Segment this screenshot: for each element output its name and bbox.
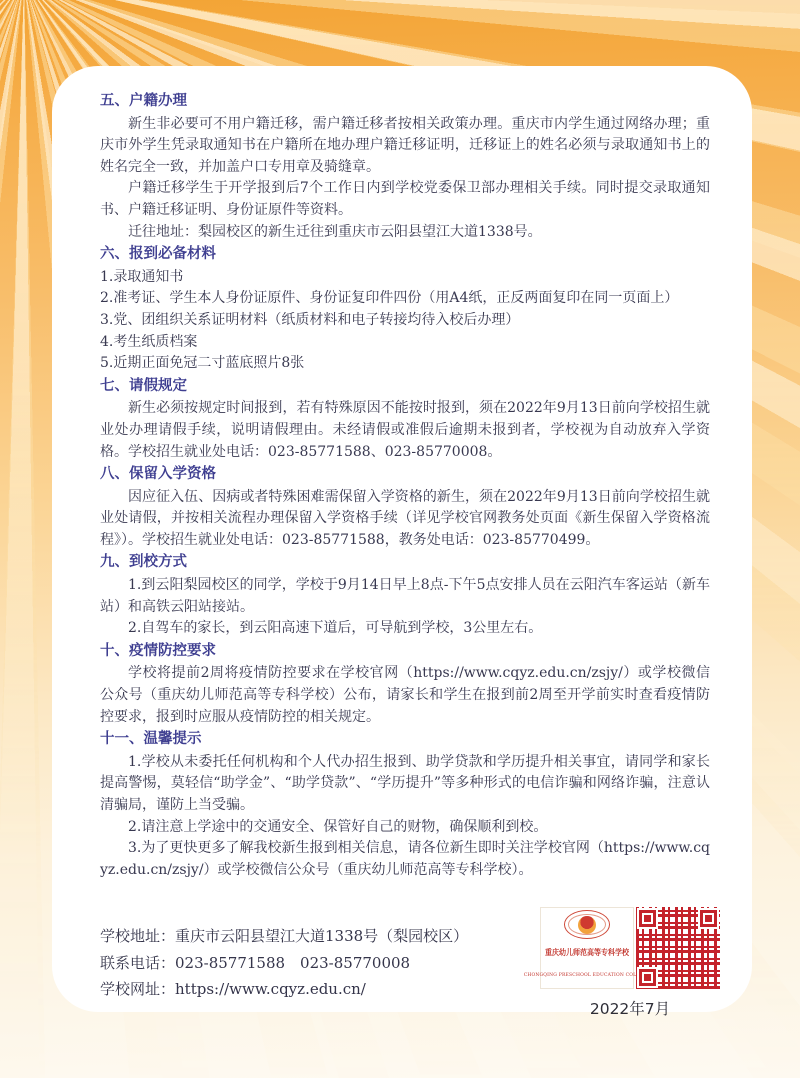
qr-code-icon	[636, 907, 720, 989]
list-item: 3.党、团组织关系证明材料（纸质材料和电子转接均待入校后办理）	[100, 310, 710, 332]
section-heading: 六、报到必备材料	[100, 244, 710, 266]
section-arrival-methods: 九、到校方式 1.到云阳梨园校区的同学，学校于9月14日早上8点-下午5点安排人…	[100, 552, 710, 639]
paragraph: 1.到云阳梨园校区的同学，学校于9月14日早上8点-下午5点安排人员在云阳汽车客…	[100, 575, 710, 618]
footer: 学校地址：重庆市云阳县望江大道1338号（梨园校区） 联系电话：023-8577…	[100, 907, 710, 1021]
notice-body: 五、户籍办理 新生非必要可不用户籍迁移，需户籍迁移者按相关政策办理。重庆市内学生…	[52, 66, 752, 1012]
seal-emblem-icon	[578, 916, 596, 934]
stamps-block: 重庆幼儿师范高等专科学校 CHONGQING PRESCHOOL EDUCATI…	[540, 907, 720, 1021]
contact-address: 学校地址：重庆市云阳县望江大道1338号（梨园校区）	[100, 923, 468, 950]
contact-phone: 联系电话：023-85771588 023-85770008	[100, 950, 468, 977]
section-heading: 八、保留入学资格	[100, 464, 710, 486]
section-warm-tips: 十一、温馨提示 1.学校从未委托任何机构和个人代办招生报到、助学贷款和学历提升相…	[100, 729, 710, 881]
paragraph: 2.请注意上学途中的交通安全、保管好自己的财物，确保顺利到校。	[100, 817, 710, 839]
list-item: 2.准考证、学生本人身份证原件、身份证复印件四份（用A4纸，正反两面复印在同一页…	[100, 288, 710, 310]
section-heading: 九、到校方式	[100, 552, 710, 574]
seal-school-name: 重庆幼儿师范高等专科学校	[545, 941, 629, 965]
stamp-row: 重庆幼儿师范高等专科学校 CHONGQING PRESCHOOL EDUCATI…	[540, 907, 720, 989]
paragraph: 学校将提前2周将疫情防控要求在学校官网（https://www.cqyz.edu…	[100, 663, 710, 728]
section-required-materials: 六、报到必备材料 1.录取通知书 2.准考证、学生本人身份证原件、身份证复印件四…	[100, 244, 710, 375]
paragraph: 2.自驾车的家长，到云阳高速下道后，可导航到学校，3公里左右。	[100, 618, 710, 640]
qr-finder-icon	[700, 910, 717, 927]
paragraph: 3.为了更快更多了解我校新生报到相关信息，请各位新生即时关注学校官网（https…	[100, 838, 710, 881]
seal-school-name-english: CHONGQING PRESCHOOL EDUCATION COLLEGE	[524, 965, 651, 987]
section-epidemic-prevention: 十、疫情防控要求 学校将提前2周将疫情防控要求在学校官网（https://www…	[100, 641, 710, 728]
section-household-registration: 五、户籍办理 新生非必要可不用户籍迁移，需户籍迁移者按相关政策办理。重庆市内学生…	[100, 91, 710, 243]
section-retain-qualification: 八、保留入学资格 因应征入伍、因病或者特殊困难需保留入学资格的新生，须在2022…	[100, 464, 710, 551]
qr-finder-icon	[639, 910, 656, 927]
section-heading: 五、户籍办理	[100, 91, 710, 113]
content-card: 五、户籍办理 新生非必要可不用户籍迁移，需户籍迁移者按相关政策办理。重庆市内学生…	[52, 66, 752, 1012]
school-seal-icon	[564, 910, 610, 939]
school-seal-box: 重庆幼儿师范高等专科学校 CHONGQING PRESCHOOL EDUCATI…	[540, 907, 634, 989]
section-heading: 十一、温馨提示	[100, 729, 710, 751]
paragraph: 新生非必要可不用户籍迁移，需户籍迁移者按相关政策办理。重庆市内学生通过网络办理；…	[100, 114, 710, 179]
section-heading: 七、请假规定	[100, 376, 710, 398]
contact-block: 学校地址：重庆市云阳县望江大道1338号（梨园校区） 联系电话：023-8577…	[100, 907, 468, 1003]
paragraph: 因应征入伍、因病或者特殊困难需保留入学资格的新生，须在2022年9月13日前向学…	[100, 487, 710, 552]
contact-website: 学校网址：https://www.cqyz.edu.cn/	[100, 976, 468, 1003]
paragraph: 1.学校从未委托任何机构和个人代办招生报到、助学贷款和学历提升相关事宜，请同学和…	[100, 752, 710, 817]
date-label: 2022年7月	[590, 999, 670, 1021]
qr-finder-icon	[639, 969, 656, 986]
paragraph: 新生必须按规定时间报到，若有特殊原因不能按时报到，须在2022年9月13日前向学…	[100, 398, 710, 463]
paragraph: 迁往地址：梨园校区的新生迁往到重庆市云阳县望江大道1338号。	[100, 222, 710, 244]
paragraph: 户籍迁移学生于开学报到后7个工作日内到学校党委保卫部办理相关手续。同时提交录取通…	[100, 178, 710, 221]
list-item: 5.近期正面免冠二寸蓝底照片8张	[100, 353, 710, 375]
section-leave-rules: 七、请假规定 新生必须按规定时间报到，若有特殊原因不能按时报到，须在2022年9…	[100, 376, 710, 463]
section-heading: 十、疫情防控要求	[100, 641, 710, 663]
list-item: 4.考生纸质档案	[100, 332, 710, 354]
list-item: 1.录取通知书	[100, 267, 710, 289]
